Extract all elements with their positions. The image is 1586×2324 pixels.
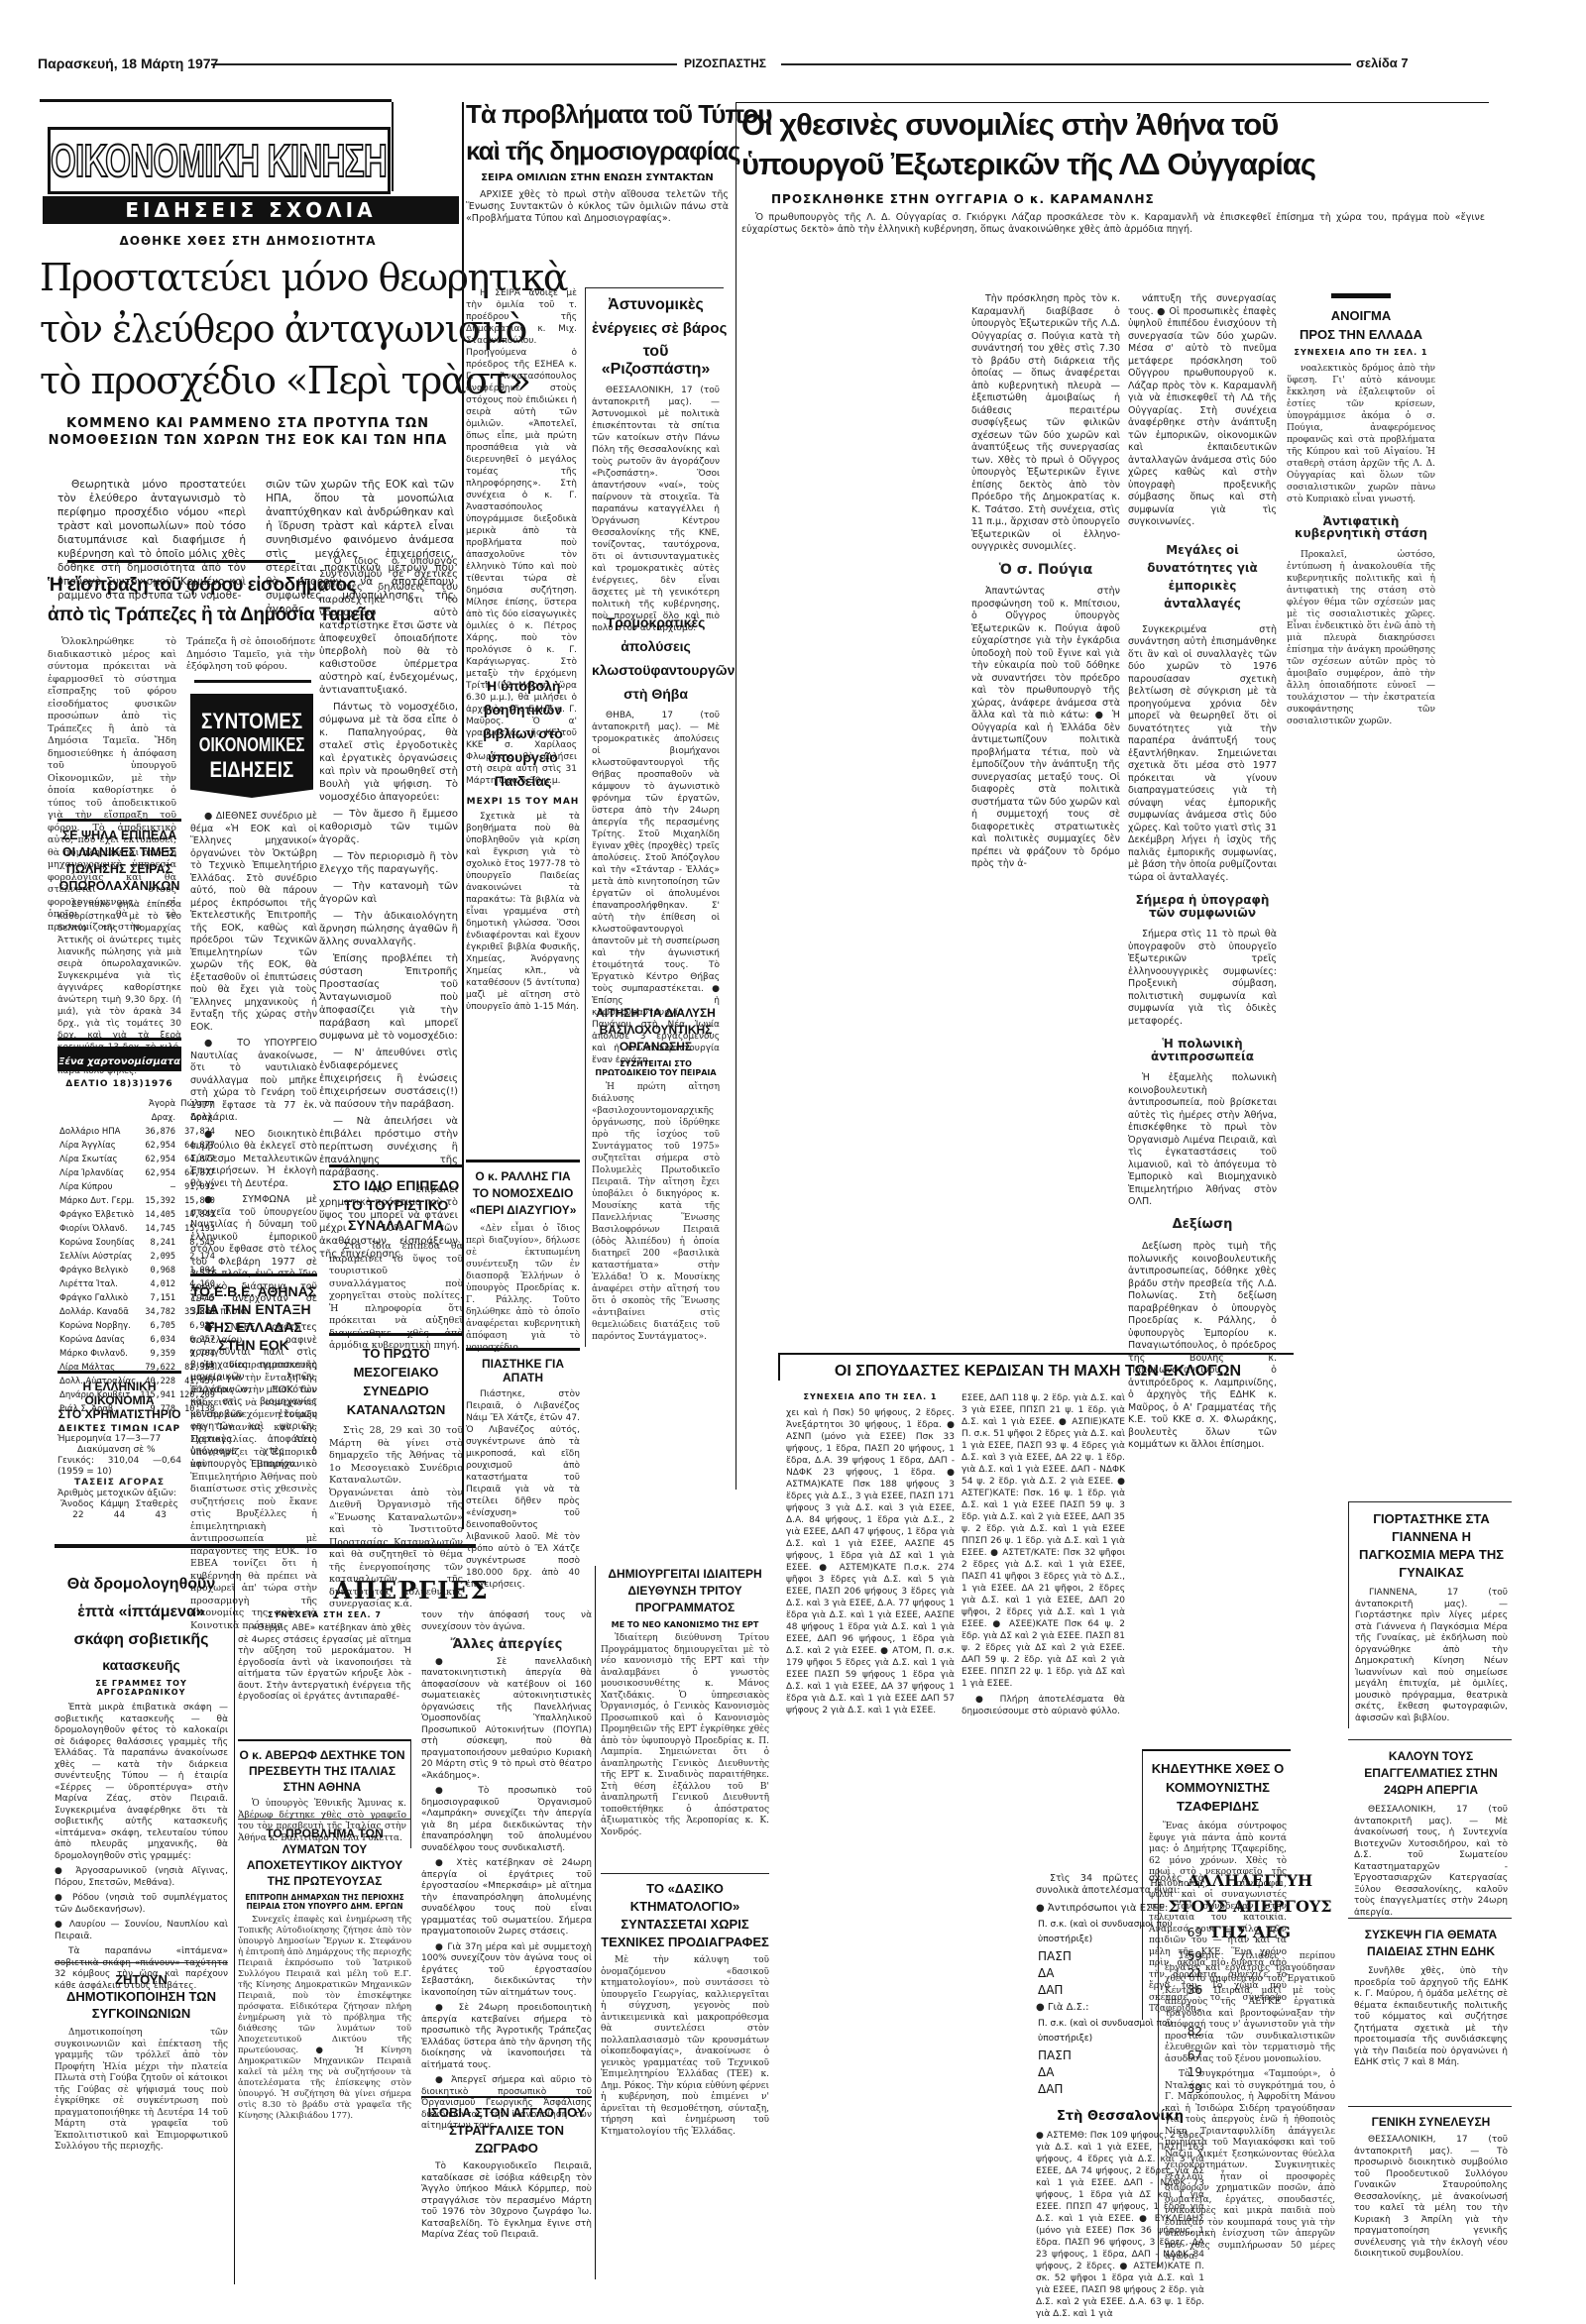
ert-body: Ἰδιαίτερη διεύθυνση Τρίτου Προγράμματος … — [601, 1633, 769, 1838]
soviet-headline-3: σκάφη σοβιετικῆς — [55, 1631, 228, 1649]
consumer-story: ΤΟ ΠΡΩΤΟ ΜΕΣΟΓΕΙΑΚΟ ΣΥΝΕΔΡΙΟ ΚΑΤΑΝΑΛΩΤΩΝ… — [329, 1333, 463, 1615]
section-banner: ΟΙΚΟΝΟΜΙΚΗ ΚΙΝΗΣΗ — [48, 127, 391, 194]
currency-row: Λίρα Ἰρλανδίας62,95464,877 — [57, 1166, 217, 1180]
tax-headline-1: Ἡ εἴσπραξη τοῦ φόρου εἰσοδήματος — [48, 575, 315, 597]
lead-kicker: ΔΟΘΗΚΕ ΧΘΕΣ ΣΤΗ ΔΗΜΟΣΙΟΤΗΤΑ — [40, 234, 456, 248]
hungary-subhead-polish: Ἡ πολωνικὴ ἀντιπροσωπεία — [1128, 1038, 1277, 1062]
life-sentence-body: Τὸ Κακουργιοδικεῖο Πειραιᾶ, καταδίκασε σ… — [421, 2161, 592, 2242]
soviet-headline-1: Θὰ δρομολογηθοῦν — [55, 1576, 228, 1594]
header-date: Παρασκευή, 18 Μάρτη 1977 — [38, 55, 218, 71]
strikes-subhead: Ἄλλες ἀπεργίες — [421, 1639, 592, 1651]
section-frame — [40, 99, 392, 100]
press-lead: ΑΡΧΙΣΕ χθὲς τὸ πρωὶ στὴν αἴθουσα τελετῶν… — [466, 189, 729, 225]
general-assembly-headline: ΓΕΝΙΚΗ ΣΥΝΕΛΕΥΣΗ — [1354, 2115, 1508, 2129]
currency-row: Κορώνα Νορβηγ.6,7056,932 — [57, 1319, 217, 1333]
section-banner-subtitle-bar: ΕΙΔΗΣΕΙΣ ΣΧΟΛΙΑ — [43, 196, 459, 224]
soviet-headline-4: κατασκευῆς — [55, 1657, 228, 1673]
stock-date: Ἡμερομηνία 17—3—77 — [57, 1434, 181, 1445]
royalist-story: ΑΙΤΗΣΗ ΓΙΑ ΔΙΑΛΥΣΗ ΒΑΣΙΛΟΧΟΥΝΤΙΚΗΣ ΟΡΓΑΝ… — [585, 1001, 724, 1347]
womens-day-headline: ΓΙΟΡΤΑΣΤΗΚΕ ΣΤΑ ΓΙΑΝΝΕΝΑ Η ΠΑΓΚΟΣΜΙΑ ΜΕΡ… — [1355, 1510, 1508, 1582]
averof-headline: Ο κ. ΑΒΕΡΩΦ ΔΕΧΤΗΚΕ ΤΟΝ ΠΡΕΣΒΕΥΤΗ ΤΗΣ ΙΤ… — [238, 1747, 406, 1795]
textile-headline: Τρομοκρατικὲς ἀπολύσεις κλωστοϋφαντουργῶ… — [592, 610, 720, 706]
aeg-body: Τέσσερις χιλιάδες περίπου ἐργάτες καὶ ἐρ… — [1165, 1951, 1335, 2264]
police-headline-2: ἐνέργειες σὲ βάρος — [592, 320, 720, 337]
hungary-subhead-trade: Μεγάλες οἱ δυνατότητες γιὰ ἐμπορικὲς ἀντ… — [1128, 541, 1277, 612]
currency-row: Λίρα Σκωτίας62,95464,877 — [57, 1153, 217, 1166]
stock-index-title: ΔΕΙΚΤΕΣ ΤΙΜΩΝ ICAP — [57, 1424, 181, 1434]
lead-deck-2: ΝΟΜΟΘΕΣΙΩΝ ΤΩΝ ΧΩΡΩΝ ΤΗΣ ΕΟΚ ΚΑΙ ΤΩΝ ΗΠΑ — [40, 433, 456, 448]
merchants-strike-body: ΘΕΣΣΑΛΟΝΙΚΗ, 17 (τοῦ ἀνταποκριτῆ μας). —… — [1354, 1805, 1508, 1919]
opening-story: ΑΝΟΙΓΜΑ ΠΡΟΣ ΤΗΝ ΕΛΛΑΔΑ ΣΥΝΕΧΕΙΑ ΑΠΟ ΤΗ … — [1287, 293, 1435, 731]
column-rule — [462, 102, 464, 1529]
header-rule-right — [781, 63, 1351, 65]
route-item: Ἀργοσαρωνικοῦ (νησιὰ Αἴγινας, Πόρου, Σπε… — [55, 1866, 228, 1889]
strike-item: Σὲ πανελλαδικὴ πανατοκινητιστικὴ ἀπεργία… — [421, 1657, 592, 1783]
sewage-deck: ΕΠΙΤΡΟΠΗ ΔΗΜΑΡΧΩΝ ΤΗΣ ΠΕΡΙΟΧΗΣ ΠΕΙΡΑΙΑ Σ… — [238, 1893, 411, 1911]
consumer-headline: ΤΟ ΠΡΩΤΟ ΜΕΣΟΓΕΙΑΚΟ ΣΥΝΕΔΡΙΟ ΚΑΤΑΝΑΛΩΤΩΝ — [329, 1344, 463, 1419]
header-rule-left — [211, 63, 677, 65]
currency-title-bar: Ξένα χαρτονομίσματα — [57, 1047, 181, 1071]
currency-row: Μάρκο Φινλανδ.9,3599,704 — [57, 1347, 217, 1361]
police-headline-1: Ἀστυνομικὲς — [592, 296, 720, 314]
section-frame-right — [392, 102, 394, 191]
header-page-number: σελίδα 7 — [1356, 55, 1409, 70]
hungary-subhead-sign: Σήμερα ἡ ὑπογραφὴ τῶν συμφωνιῶν — [1128, 894, 1277, 919]
stock-general-value: 310,04 — [108, 1456, 140, 1467]
lead-deck-1: ΚΟΜΜΕΝΟ ΚΑΙ ΡΑΜΜΕΝΟ ΣΤΑ ΠΡΟΤΥΠΑ ΤΩΝ — [40, 416, 456, 431]
currency-row: Φράγκο Γαλλικὸ7,1517,415 — [57, 1291, 217, 1305]
lead-headline-1: Προστατεύει μόνο θεωρητικὰ — [40, 256, 456, 299]
stock-flat-value: 43 — [155, 1510, 166, 1521]
students-col1: ΣΥΝΕΧΕΙΑ ΑΠΟ ΤΗ ΣΕΛ. 1 χει καὶ ἡ Πσκ) 50… — [786, 1392, 955, 1720]
royalist-headline: ΑΙΤΗΣΗ ΓΙΑ ΔΙΑΛΥΣΗ ΒΑΣΙΛΟΧΟΥΝΤΙΚΗΣ ΟΡΓΑΝ… — [592, 1005, 720, 1055]
press-headline-1: Τὰ προβλήματα τοῦ Τύπου — [466, 99, 729, 130]
soviet-deck: ΣΕ ΓΡΑΜΜΕΣ ΤΟΥ ΑΡΓΟΣΑΡΩΝΙΚΟΥ — [55, 1679, 228, 1697]
currency-bulletin: ΔΕΛΤΙΟ 18)3)1976 — [57, 1079, 181, 1089]
forest-story: ΤΟ «ΔΑΣΙΚΟ ΚΤΗΜΑΤΟΛΟΓΙΟ» ΣΥΝΤΑΣΣΕΤΑΙ ΧΩΡ… — [601, 1873, 769, 2142]
police-headline-3: τοῦ «Ριζοσπάστη» — [592, 343, 720, 379]
brief-news-title-3: ΕΙΔΗΣΕΙΣ — [210, 757, 294, 783]
currency-table-section: Ξένα χαρτονομίσματα ΔΕΛΤΙΟ 18)3)1976 Ἀγο… — [57, 1038, 181, 1416]
edhk-headline: ΣΥΣΚΕΨΗ ΓΙΑ ΘΕΜΑΤΑ ΠΑΙΔΕΙΑΣ ΣΤΗΝ ΕΔΗΚ — [1354, 1927, 1508, 1960]
transport-body: Δημοτικοποίηση τῶν συγκοινωνιῶν καὶ ἐπέκ… — [55, 2028, 228, 2154]
column-rule — [736, 102, 736, 1490]
life-sentence-headline: ΙΣΟΒΙΑ ΣΤΟΝ ΑΓΓΛΟ ΠΟΥ ΣΤΡΑΓΓΑΛΙΣΕ ΤΟΝ ΖΩ… — [421, 2104, 592, 2158]
hungary-subhead-reception: Δεξίωση — [1128, 1219, 1277, 1232]
section-banner-title: ΟΙΚΟΝΟΜΙΚΗ ΚΙΝΗΣΗ — [51, 134, 387, 187]
press-deck: ΣΕΙΡΑ ΟΜΙΛΙΩΝ ΣΤΗΝ ΕΝΩΣΗ ΣΥΝΤΑΚΤΩΝ — [466, 172, 729, 183]
hungary-deck: ΠΡΟΣΚΛΗΘΗΚΕ ΣΤΗΝ ΟΥΓΓΑΡΙΑ Ο κ. ΚΑΡΑΜΑΝΛΗ… — [741, 192, 1485, 206]
funeral-headline: ΚΗΔΕΥΤΗΚΕ ΧΘΕΣ Ο ΚΟΜΜΟΥΝΙΣΤΗΣ ΤΖΑΦΕΡΙΔΗΣ — [1149, 1759, 1287, 1816]
tourist-headline: ΣΤΟ ΙΔΙΟ ΕΠΙΠΕΔΟ ΤΟ ΤΟΥΡΙΣΤΙΚΟ ΣΥΝΑΛΛΑΓΜ… — [329, 1175, 463, 1235]
currency-row: Δολλάρ. Καναδᾶ34,78235,843 — [57, 1305, 217, 1319]
stock-down-value: 44 — [114, 1510, 125, 1521]
header-newspaper: ΡΙΖΟΣΠΑΣΤΗΣ — [684, 56, 766, 70]
students-headline: ΟΙ ΣΠΟΥΔΑΣΤΕΣ ΚΕΡΔΙΣΑΝ ΤΗ ΜΑΧΗ ΤΩΝ ΕΚΛΟΓ… — [788, 1363, 1288, 1381]
rallis-body: «Δὲν εἶμαι ὁ ἴδιος περὶ διαζυγίου», δήλω… — [466, 1223, 580, 1354]
hungary-subhead-pougia: Ὁ σ. Πούγια — [971, 564, 1120, 577]
soviet-body: Ἑπτὰ μικρὰ ἐπιβατικὰ σκάφη — σοβιετικῆς … — [55, 1703, 228, 1992]
stock-trends-title: ΤΑΣΕΙΣ ΑΓΟΡΑΣ — [57, 1478, 181, 1489]
strike-item: Σὲ 24ωρη προειδοποιητικὴ ἀπεργία κατεβαί… — [421, 2003, 592, 2071]
route-item: Λαυρίου — Σουνίου, Ναυπλίου καὶ Πειραιᾶ. — [55, 1920, 228, 1942]
police-body: ΘΕΣΣΑΛΟΝΙΚΗ, 17 (τοῦ ἀνταποκριτῆ μας). —… — [592, 385, 720, 634]
soviet-ships-story: Θὰ δρομολογηθοῦν ἑπτὰ «ἱπτάμενα» σκάφη σ… — [55, 1576, 228, 1996]
fraud-headline: ΠΙΑΣΤΗΚΕ ΓΙΑ ΑΠΑΤΗ — [466, 1357, 580, 1384]
stock-title-2: ΣΤΟ ΧΡΗΜΑΤΙΣΤΗΡΙΟ — [57, 1407, 181, 1421]
sewage-story: ΤΟ ΠΡΟΒΛΗΜΑ ΤΩΝ ΛΥΜΑΤΩΝ ΤΟΥ ΑΠΟΧΕΤΕΥΤΙΚΟ… — [238, 1819, 411, 2126]
edhk-body: Συνῆλθε χθὲς, ὑπὸ τὴν προεδρία τοῦ ἀρχηγ… — [1354, 1966, 1508, 2069]
stock-general-change: —0,64 — [153, 1456, 181, 1467]
currency-row: Φράγκο Ἑλβετικὸ14,40514,845 — [57, 1208, 217, 1222]
fraud-story: ΠΙΑΣΤΗΚΕ ΓΙΑ ΑΠΑΤΗ Πιάστηκε, στὸν Πειραι… — [466, 1348, 580, 1595]
stock-title-1: Η ΕΛΛΗΝΙΚΗ ΟΙΚΟΝΟΜΙΑ — [57, 1380, 181, 1407]
hungary-headline-1: Οἱ χθεσινὲς συνομιλίες στὴν Ἀθήνα τοῦ — [741, 107, 1485, 143]
currency-row: Μάρκο Δυτ. Γερμ.15,39215,860 — [57, 1194, 217, 1208]
stock-market: Η ΕΛΛΗΝΙΚΗ ΟΙΚΟΝΟΜΙΑ ΣΤΟ ΧΡΗΜΑΤΙΣΤΗΡΙΟ Δ… — [57, 1371, 181, 1521]
police-story: Ἀστυνομικὲς ἐνέργειες σὲ βάρος τοῦ «Ριζο… — [585, 287, 724, 638]
ert-headline: ΔΗΜΙΟΥΡΓΕΙΤΑΙ ΙΔΙΑΙΤΕΡΗ ΔΙΕΥΘΥΝΣΗ ΤΡΙΤΟΥ… — [601, 1566, 769, 1616]
students-col2: ΕΣΕΕ, ΔΑΠ 118 ψ. 2 ἕδρ. γιὰ Δ.Σ. καὶ 3 γ… — [962, 1392, 1125, 1721]
lead-headline-3: τὸ προσχέδιο «Περὶ τρὰστ» — [40, 359, 456, 402]
route-item: Ρόδου (νησιὰ τοῦ συμπλέγματος τῶν Δωδεκα… — [55, 1893, 228, 1916]
currency-row: Φιορίνι Ὀλλανδ.14,74515,193 — [57, 1222, 217, 1236]
strikes-headline: ΑΠΕΡΓΙΕΣ — [238, 1576, 585, 1605]
transport-story: ΖΗΤΟΥΝ ΔΗΜΟΤΙΚΟΠΟΙΗΣΗ ΤΩΝ ΣΥΓΚΟΙΝΩΝΙΩΝ Δ… — [55, 1962, 228, 2158]
currency-row: Δολλάριο ΗΠΑ36,87637,824 — [57, 1125, 217, 1139]
hungary-lead: Ὁ πρωθυπουργὸς τῆς Λ. Δ. Οὐγγαρίας σ. Γκ… — [741, 212, 1485, 236]
press-headline-2: καὶ τῆς δημοσιογραφίας — [466, 136, 729, 166]
life-sentence-story: ΙΣΟΒΙΑ ΣΤΟΝ ΑΓΓΛΟ ΠΟΥ ΣΤΡΑΓΓΑΛΙΣΕ ΤΟΝ ΖΩ… — [421, 2096, 592, 2246]
divider — [194, 680, 311, 683]
page-header: Παρασκευή, 18 Μάρτη 1977 ΡΙΖΟΣΠΑΣΤΗΣ σελ… — [38, 55, 1416, 75]
lead-story: ΔΟΘΗΚΕ ΧΘΕΣ ΣΤΗ ΔΗΜΟΣΙΟΤΗΤΑ Προστατεύει … — [40, 234, 456, 448]
forest-headline: ΤΟ «ΔΑΣΙΚΟ ΚΤΗΜΑΤΟΛΟΓΙΟ» ΣΥΝΤΑΣΣΕΤΑΙ ΧΩΡ… — [601, 1880, 769, 1951]
brief-news-item: ΔΙΕΘΝΕΣ συνέδριο μὲ θέμα «Ἡ ΕΟΚ καὶ οἱ Ἕ… — [190, 811, 317, 1034]
currency-table: Ἀγορὰ Δραχ.Πώληση Δραχ. Δολλάριο ΗΠΑ36,8… — [57, 1097, 217, 1416]
currency-row: Κορώνα Δανίας6,0346,257 — [57, 1333, 217, 1347]
currency-row: Λίρα Ἀγγλίας62,95464,877 — [57, 1139, 217, 1153]
currency-row: Κορώνα Σουηδίας8,2418,545 — [57, 1236, 217, 1250]
column-rule — [595, 1566, 596, 2279]
strike-item: Τὸ προσωπικὸ τοῦ δημοσιογραφικοῦ Ὀργανισ… — [421, 1786, 592, 1854]
students-box: ΟΙ ΣΠΟΥΔΑΣΤΕΣ ΚΕΡΔΙΣΑΝ ΤΗ ΜΑΧΗ ΤΩΝ ΕΚΛΟΓ… — [778, 1353, 1294, 1381]
aeg-headline: ΑΛΛΗΛΕΓΓΥΗ ΣΤΟΥΣ ΑΠΕΡΓΟΥΣ ΤΗΣ AEG — [1165, 1868, 1335, 1945]
womens-day-body: ΓΙΑΝΝΕΝΑ, 17 (τοῦ ἀνταποκριτῆ μας). — Γι… — [1355, 1588, 1508, 1724]
lead-headline-2: τὸν ἐλεύθερο ἀνταγωνισμὸ — [40, 307, 456, 351]
hungary-col2: νάπτυξη τῆς συνεργασίας τους. ● Οἱ προσω… — [1128, 293, 1277, 1456]
currency-row: Λίρα Κύπρου—91,092 — [57, 1180, 217, 1194]
sewage-headline: ΤΟ ΠΡΟΒΛΗΜΑ ΤΩΝ ΛΥΜΑΤΩΝ ΤΟΥ ΑΠΟΧΕΤΕΥΤΙΚΟ… — [238, 1826, 411, 1889]
fraud-body: Πιάστηκε, στὸν Πειραιᾶ, ὁ Λιβανέζος Νάιμ… — [466, 1388, 580, 1591]
school-books-headline: Ἡ ὑποβολὴ βοηθητικῶν βιβλίων στὸ ὑπουργε… — [466, 674, 580, 793]
prices-headline: ΣΕ ΨΗΛΑ ΕΠΙΠΕΔΑ ΟΙ ΛΙΑΝΙΚΕΣ ΤΙΜΕΣ ΠΩΛΗΣΗ… — [57, 828, 181, 895]
hungary-story-frame — [736, 102, 1489, 103]
strike-item: Χτὲς κατέβηκαν σὲ 24ωρη ἀπεργία οἱ ἐργάτ… — [421, 1858, 592, 1938]
school-books-story: Ἡ ὑποβολὴ βοηθητικῶν βιβλίων στὸ ὑπουργε… — [466, 674, 580, 1017]
opening-headline-2: ΠΡΟΣ ΤΗΝ ΕΛΛΑΔΑ — [1287, 327, 1435, 342]
transport-headline: ΖΗΤΟΥΝ ΔΗΜΟΤΙΚΟΠΟΙΗΣΗ ΤΩΝ ΣΥΓΚΟΙΝΩΝΙΩΝ — [55, 1971, 228, 2022]
stock-up-value: 22 — [72, 1510, 83, 1521]
currency-title: Ξένα χαρτονομίσματα — [58, 1056, 180, 1067]
royalist-deck: ΣΥΖΗΤΕΙΤΑΙ ΣΤΟ ΠΡΩΤΟΔΙΚΕΙΟ ΤΟΥ ΠΕΙΡΑΙΑ — [592, 1059, 720, 1077]
rallis-headline: Ο κ. ΡΑΛΛΗΣ ΓΙΑ ΤΟ ΝΟΜΟΣΧΕΔΙΟ «ΠΕΡΙ ΔΙΑΖ… — [466, 1168, 580, 1219]
lead-body-col3: Ὁ ἴδιος ὁ ὑπουργὸς Συντονισμοῦ σὲ σχετικ… — [319, 555, 458, 1265]
opening-subhead: Ἀντιφατικὴ κυβερνητικὴ στάση — [1287, 515, 1435, 539]
stock-change-label: Διακύμανση σὲ % — [57, 1445, 181, 1456]
section-banner-subtitle: ΕΙΔΗΣΕΙΣ ΣΧΟΛΙΑ — [125, 198, 376, 222]
hungary-col1: Τὴν πρόσκληση πρὸς τὸν κ. Καραμανλῆ διαβ… — [971, 293, 1120, 875]
opening-headline-1: ΑΝΟΙΓΜΑ — [1287, 308, 1435, 323]
currency-row: Σελλίνι Αὐστρίας2,0952,174 — [57, 1250, 217, 1264]
edhk-story: ΣΥΣΚΕΨΗ ΓΙΑ ΘΕΜΑΤΑ ΠΑΙΔΕΙΑΣ ΣΤΗΝ ΕΔΗΚ Συ… — [1348, 1918, 1512, 2073]
tourist-story: ΣΤΟ ΙΔΙΟ ΕΠΙΠΕΔΟ ΤΟ ΤΟΥΡΙΣΤΙΚΟ ΣΥΝΑΛΛΑΓΜ… — [329, 1164, 463, 1357]
currency-row: Φράγκο Βελγικὸ0,9681,004 — [57, 1264, 217, 1277]
rallis-story: Ο κ. ΡΑΛΛΗΣ ΓΙΑ ΤΟ ΝΟΜΟΣΧΕΔΙΟ «ΠΕΡΙ ΔΙΑΖ… — [466, 1160, 580, 1358]
opening-continued: ΣΥΝΕΧΕΙΑ ΑΠΟ ΤΗ ΣΕΛ. 1 — [1287, 348, 1435, 357]
merchants-strike-headline: ΚΑΛΟΥΝ ΤΟΥΣ ΕΠΑΓΓΕΛΜΑΤΙΕΣ ΣΤΗΝ 24ΩΡΗ ΑΠΕ… — [1354, 1748, 1508, 1799]
school-books-deck: ΜΕΧΡΙ 15 ΤΟΥ ΜΑΗ — [466, 797, 580, 807]
merchants-strike-story: ΚΑΛΟΥΝ ΤΟΥΣ ΕΠΑΓΓΕΛΜΑΤΙΕΣ ΣΤΗΝ 24ΩΡΗ ΑΠΕ… — [1348, 1739, 1512, 1923]
general-assembly-body: ΘΕΣΣΑΛΟΝΙΚΗ, 17 (τοῦ ἀνταποκριτῆ μας). —… — [1354, 2135, 1508, 2261]
tax-headline-2: ἀπὸ τὶς Τράπεζες ἢ τὰ Δημόσια Ταμεῖα — [48, 605, 315, 626]
strike-item: Γιὰ 37η μέρα καὶ μὲ συμμετοχὴ 100% συνεχ… — [421, 1942, 592, 2000]
aeg-story: ΑΛΛΗΛΕΓΓΥΗ ΣΤΟΥΣ ΑΠΕΡΓΟΥΣ ΤΗΣ AEG Τέσσερ… — [1158, 1868, 1341, 2268]
soviet-headline-2: ἑπτὰ «ἱπτάμενα» — [55, 1604, 228, 1621]
hungary-story: Οἱ χθεσινὲς συνομιλίες στὴν Ἀθήνα τοῦ ὑπ… — [741, 107, 1485, 240]
ert-deck: ΜΕ ΤΟ ΝΕΟ ΚΑΝΟΝΙΣΜΟ ΤΗΣ ΕΡΤ — [601, 1620, 769, 1629]
divider — [67, 560, 295, 563]
brief-news-banner: ΣΥΝΤΟΜΕΣ ΟΙΚΟΝΟΜΙΚΕΣ ΕΙΔΗΣΕΙΣ — [190, 694, 313, 798]
section-bottom-rule — [55, 1544, 476, 1548]
brief-news-title-1: ΣΥΝΤΟΜΕΣ — [201, 709, 302, 734]
column-rule — [234, 1571, 235, 2284]
opening-body: νοαλεκτικὸς δρόμος ἀπὸ τὴν ὕφεση. Γι' αὐ… — [1287, 363, 1435, 727]
school-books-body: Σχετικὰ μὲ τὰ βοηθήματα ποὺ θὰ ὑποβληθοῦ… — [466, 811, 580, 1013]
strikes-col2: τουν τὴν ἀπόφασή τους νὰ συνεχίσουν τὸν … — [421, 1610, 592, 2137]
royalist-body: Ἡ πρώτη αἴτηση διάλυσης «βασιλοχουντομον… — [592, 1081, 720, 1343]
press-story: Τὰ προβλήματα τοῦ Τύπου καὶ τῆς δημοσιογ… — [466, 99, 729, 229]
womens-day-story: ΓΙΟΡΤΑΣΤΗΚΕ ΣΤΑ ΓΙΑΝΝΕΝΑ Η ΠΑΓΚΟΣΜΙΑ ΜΕΡ… — [1348, 1501, 1512, 1728]
hungary-headline-2: ὑπουργοῦ Ἐξωτερικῶν τῆς ΛΔ Οὐγγαρίας — [741, 147, 1485, 182]
strikes-col1: ΣΥΝΕΧΕΙΑ ΣΤΗ ΣΕΛ. 7 «Θερμὶς ΑΒΕ» κατέβηκ… — [238, 1610, 411, 1708]
ert-story: ΔΗΜΙΟΥΡΓΕΙΤΑΙ ΙΔΙΑΙΤΕΡΗ ΔΙΕΥΘΥΝΣΗ ΤΡΙΤΟΥ… — [601, 1566, 769, 1842]
forest-body: Μὲ τὴν κάλυψη τοῦ ὀνομαζόμενου «δασικοῦ … — [601, 1955, 769, 2138]
strikes-story: ΑΠΕΡΓΙΕΣ — [238, 1576, 585, 1605]
brief-news-title-2: ΟΙΚΟΝΟΜΙΚΕΣ — [199, 734, 305, 757]
currency-row: Λιρέττα Ἰταλ.4,0124,160 — [57, 1277, 217, 1291]
sewage-body: Συνεχεῖς ἐπαφὲς καὶ ἐνημέρωση τῆς Τοπικῆ… — [238, 1915, 411, 2122]
general-assembly-story: ΓΕΝΙΚΗ ΣΥΝΕΛΕΥΣΗ ΘΕΣΣΑΛΟΝΙΚΗ, 17 (τοῦ ἀν… — [1348, 2106, 1512, 2265]
